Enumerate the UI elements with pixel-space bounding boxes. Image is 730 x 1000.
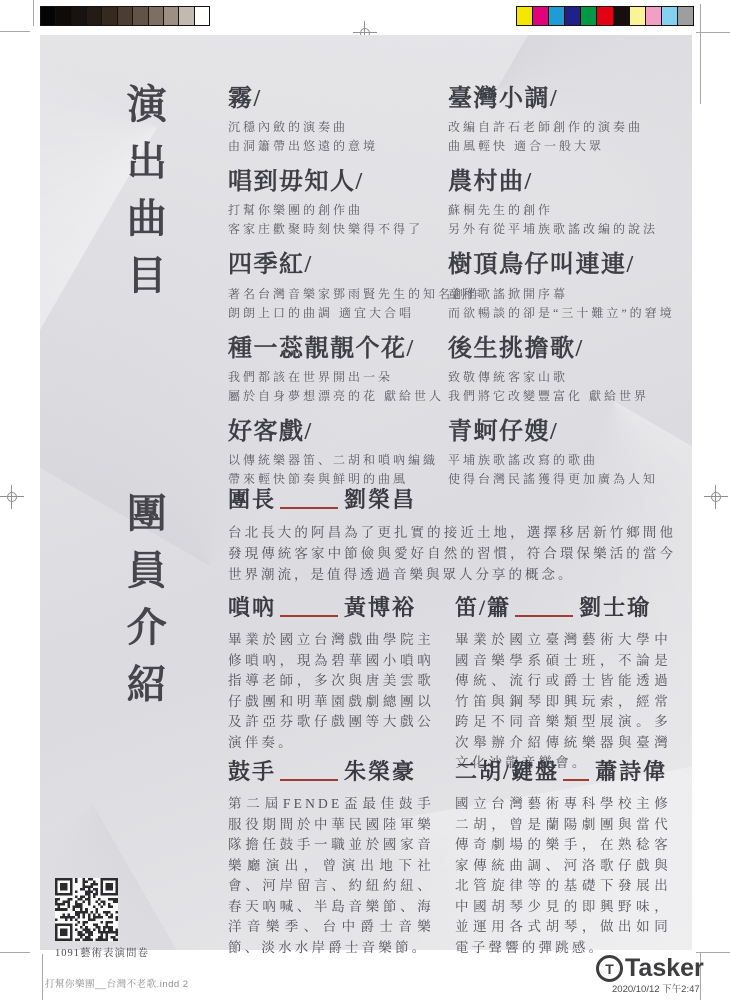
song-description: 平埔族歌謠改寫的歌曲使得台灣民謠獲得更加廣為人知 — [448, 451, 694, 489]
song-title: 樹頂鳥仔叫連連/ — [448, 251, 694, 280]
qr-block: 1091藝術表演問卷 — [55, 878, 175, 960]
registration-ring-icon — [7, 492, 17, 502]
song-desc-line: 沉穩內斂的演奏曲 — [228, 118, 440, 137]
role-underline — [280, 507, 338, 509]
song-desc-line: 蘇桐先生的創作 — [448, 201, 694, 220]
song-title: 臺灣小調/ — [448, 85, 694, 114]
member-leader: 團長劉榮昌 台北長大的阿昌為了更扎實的接近土地，選擇移居新竹鄉間他發現傳統客家中… — [228, 487, 676, 586]
song-desc-line: 我們將它改變豐富化 獻給世界 — [448, 387, 694, 406]
member-name: 黃博裕 — [344, 595, 416, 621]
member-bio: 第二屆FENDE盃最佳鼓手服役期間於中華民國陸軍樂隊擔任鼓手一職並於國家音樂廳演… — [228, 794, 434, 958]
song-desc-line: 著名台灣音樂家鄧雨賢先生的知名創作 — [228, 285, 440, 304]
crop-mark — [42, 954, 43, 1000]
song-item: 農村曲/ 蘇桐先生的創作另外有從平埔族歌謠改編的說法 — [448, 168, 694, 239]
paper-sheet: 演出曲目 團員介紹 霧/ 沉穩內斂的演奏曲由洞簫帶出悠遠的意境 唱到毋知人/ 打… — [40, 35, 692, 950]
tasker-logo-text: Tasker — [625, 954, 704, 983]
song-description: 改編自許石老師創作的演奏曲曲風輕快 適合一般大眾 — [448, 118, 694, 156]
song-desc-line: 以傳統樂器笛、二胡和嗩吶編織 — [228, 451, 440, 470]
member-bio: 畢業於國立台灣戲曲學院主修嗩吶，現為碧華國小嗩吶指導老師，多次與唐美雲歌仔戲團和… — [228, 630, 434, 753]
qr-code — [55, 878, 118, 941]
crop-mark — [696, 32, 730, 33]
print-timestamp: 2020/10/12 下午2:47 — [612, 981, 700, 995]
print-proof-page: 演出曲目 團員介紹 霧/ 沉穩內斂的演奏曲由洞簫帶出悠遠的意境 唱到毋知人/ 打… — [0, 0, 730, 1000]
registration-mark-left — [6, 491, 18, 503]
song-title: 霧/ — [228, 85, 440, 114]
member-role: 團長 — [228, 487, 276, 513]
song-desc-line: 客家庄歡聚時刻快樂得不得了 — [228, 220, 440, 239]
qr-caption: 1091藝術表演問卷 — [55, 945, 175, 960]
song-description: 以傳統樂器笛、二胡和嗩吶編織帶來輕快節奏與鮮明的曲風 — [228, 451, 440, 489]
song-item: 四季紅/ 著名台灣音樂家鄧雨賢先生的知名創作朗朗上口的曲調 適宜大合唱 — [228, 251, 440, 322]
member-suona: 嗩吶黃博裕 畢業於國立台灣戲曲學院主修嗩吶，現為碧華國小嗩吶指導老師，多次與唐美… — [228, 595, 434, 753]
song-desc-line: 由洞簫帶出悠遠的意境 — [228, 137, 440, 156]
song-item: 樹頂鳥仔叫連連/ 童稚歌謠掀開序幕而欲暢談的卻是“三十難立”的窘境 — [448, 251, 694, 322]
song-title: 青蚵仔嫂/ — [448, 418, 694, 447]
song-desc-line: 致敬傳統客家山歌 — [448, 368, 694, 387]
role-underline — [280, 615, 338, 617]
registration-mark-right — [710, 491, 722, 503]
song-item: 種一蕊靚靚个花/ 我們都該在世界開出一朵屬於自身夢想漂亮的花 獻給世人 — [228, 335, 440, 406]
member-header: 嗩吶黃博裕 — [228, 595, 434, 621]
song-desc-line: 打幫你樂團的創作曲 — [228, 201, 440, 220]
crop-mark — [696, 952, 730, 953]
song-title: 唱到毋知人/ — [228, 168, 440, 197]
song-desc-line: 屬於自身夢想漂亮的花 獻給世人 — [228, 387, 440, 406]
footer-filename: 打幫你樂團__台灣不老歌.indd 2 — [45, 976, 189, 990]
section-title-members: 團員介紹 — [123, 492, 163, 720]
song-desc-line: 而欲暢談的卻是“三十難立”的窘境 — [448, 304, 694, 323]
song-description: 沉穩內斂的演奏曲由洞簫帶出悠遠的意境 — [228, 118, 440, 156]
song-desc-line: 我們都該在世界開出一朵 — [228, 368, 440, 387]
member-name: 劉榮昌 — [344, 487, 416, 513]
song-desc-line: 曲風輕快 適合一般大眾 — [448, 137, 694, 156]
song-title: 種一蕊靚靚个花/ — [228, 335, 440, 364]
song-desc-line: 朗朗上口的曲調 適宜大合唱 — [228, 304, 440, 323]
member-drummer: 鼓手朱榮豪 第二屆FENDE盃最佳鼓手服役期間於中華民國陸軍樂隊擔任鼓手一職並於… — [228, 759, 434, 959]
member-header: 二胡/鍵盤蕭詩偉 — [455, 759, 671, 785]
song-desc-line: 童稚歌謠掀開序幕 — [448, 285, 694, 304]
song-description: 打幫你樂團的創作曲客家庄歡聚時刻快樂得不得了 — [228, 201, 440, 239]
section-title-programme: 演出曲目 — [123, 83, 163, 311]
song-title: 後生挑擔歌/ — [448, 335, 694, 364]
member-role: 二胡/鍵盤 — [455, 759, 559, 785]
member-header: 鼓手朱榮豪 — [228, 759, 434, 785]
programme-column-left: 霧/ 沉穩內斂的演奏曲由洞簫帶出悠遠的意境 唱到毋知人/ 打幫你樂團的創作曲客家… — [228, 85, 440, 501]
song-item: 好客戲/ 以傳統樂器笛、二胡和嗩吶編織帶來輕快節奏與鮮明的曲風 — [228, 418, 440, 489]
song-item: 後生挑擔歌/ 致敬傳統客家山歌我們將它改變豐富化 獻給世界 — [448, 335, 694, 406]
member-bio: 國立台灣藝術專科學校主修二胡，曾是蘭陽劇團與當代傳奇劇場的樂手，在熟稔客家傳統曲… — [455, 794, 671, 958]
member-bio: 畢業於國立臺灣藝術大學中國音樂學系碩士班，不論是傳統、流行或爵士皆能透過竹笛與鋼… — [455, 630, 671, 774]
color-calibration-bar — [516, 6, 694, 26]
song-description: 著名台灣音樂家鄧雨賢先生的知名創作朗朗上口的曲調 適宜大合唱 — [228, 285, 440, 323]
crop-mark — [0, 952, 30, 953]
song-desc-line: 另外有從平埔族歌謠改編的說法 — [448, 220, 694, 239]
song-title: 四季紅/ — [228, 251, 440, 280]
song-description: 蘇桐先生的創作另外有從平埔族歌謠改編的說法 — [448, 201, 694, 239]
member-role: 嗩吶 — [228, 595, 276, 621]
crop-mark — [0, 31, 30, 32]
member-bio: 台北長大的阿昌為了更扎實的接近土地，選擇移居新竹鄉間他發現傳統客家中節儉與愛好自… — [228, 522, 676, 585]
role-underline — [563, 779, 589, 781]
crop-mark — [33, 0, 34, 26]
song-description: 童稚歌謠掀開序幕而欲暢談的卻是“三十難立”的窘境 — [448, 285, 694, 323]
programme-column-right: 臺灣小調/ 改編自許石老師創作的演奏曲曲風輕快 適合一般大眾 農村曲/ 蘇桐先生… — [448, 85, 694, 501]
crop-mark — [700, 4, 701, 104]
song-item: 唱到毋知人/ 打幫你樂團的創作曲客家庄歡聚時刻快樂得不得了 — [228, 168, 440, 239]
song-item: 青蚵仔嫂/ 平埔族歌謠改寫的歌曲使得台灣民謠獲得更加廣為人知 — [448, 418, 694, 489]
song-description: 致敬傳統客家山歌我們將它改變豐富化 獻給世界 — [448, 368, 694, 406]
song-title: 好客戲/ — [228, 418, 440, 447]
member-erhu-keyboard: 二胡/鍵盤蕭詩偉 國立台灣藝術專科學校主修二胡，曾是蘭陽劇團與當代傳奇劇場的樂手… — [455, 759, 671, 959]
song-desc-line: 平埔族歌謠改寫的歌曲 — [448, 451, 694, 470]
song-item: 臺灣小調/ 改編自許石老師創作的演奏曲曲風輕快 適合一般大眾 — [448, 85, 694, 156]
role-underline — [280, 779, 338, 781]
member-header: 團長劉榮昌 — [228, 487, 676, 513]
role-underline — [515, 615, 573, 617]
member-role: 鼓手 — [228, 759, 276, 785]
grayscale-calibration-bar — [40, 6, 210, 26]
registration-ring-icon — [711, 492, 721, 502]
member-name: 劉士瑜 — [579, 595, 651, 621]
song-description: 我們都該在世界開出一朵屬於自身夢想漂亮的花 獻給世人 — [228, 368, 440, 406]
member-role: 笛/簫 — [455, 595, 511, 621]
member-flute: 笛/簫劉士瑜 畢業於國立臺灣藝術大學中國音樂學系碩士班，不論是傳統、流行或爵士皆… — [455, 595, 671, 774]
song-title: 農村曲/ — [448, 168, 694, 197]
tasker-logo-icon: T — [596, 955, 623, 982]
tasker-watermark: T Tasker — [596, 954, 704, 983]
member-header: 笛/簫劉士瑜 — [455, 595, 671, 621]
member-name: 朱榮豪 — [344, 759, 416, 785]
song-desc-line: 改編自許石老師創作的演奏曲 — [448, 118, 694, 137]
song-item: 霧/ 沉穩內斂的演奏曲由洞簫帶出悠遠的意境 — [228, 85, 440, 156]
member-name: 蕭詩偉 — [595, 759, 667, 785]
